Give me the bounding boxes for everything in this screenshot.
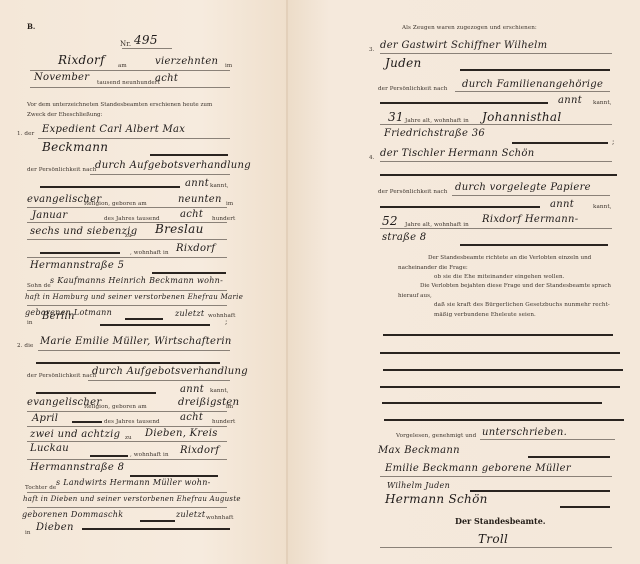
groom-parents-line1: s Kaufmanns Heinrich Beckmann wohn- bbox=[50, 276, 223, 285]
witness1-residence: Johannisthal bbox=[482, 110, 562, 124]
groom-known: annt bbox=[185, 178, 209, 189]
groom-residence: Rixdorf bbox=[176, 243, 215, 254]
groom-parents-in-label: in bbox=[27, 320, 33, 326]
bride-known-label: kannt, bbox=[210, 388, 229, 394]
witness1-known-label: kannt, bbox=[593, 100, 612, 106]
witness2-age: 52 bbox=[382, 214, 398, 228]
witness1-identity: durch Familienangehörige bbox=[462, 79, 603, 90]
witness2-known: annt bbox=[550, 199, 574, 210]
bride-birthplace-line2: Luckau bbox=[30, 443, 69, 454]
groom-birth-year-hundred: acht bbox=[180, 209, 203, 220]
bride-parents-residence-label: wohnhaft bbox=[206, 515, 233, 521]
groom-parents-residence: Berlin bbox=[42, 311, 75, 322]
record-number: 495 bbox=[134, 33, 158, 47]
registrar-signature: Troll bbox=[478, 532, 508, 546]
bride-birth-month: April bbox=[32, 413, 58, 424]
groom-name-line2: Beckmann bbox=[42, 140, 108, 154]
bride-hundred-label: hundert bbox=[212, 419, 235, 425]
approval-label: Vorgelesen, genehmigt und bbox=[396, 433, 476, 439]
groom-birth-month: Januar bbox=[32, 210, 67, 221]
groom-identity-label: der Persönlichkeit nach bbox=[27, 167, 96, 173]
bride-known: annt bbox=[180, 384, 204, 395]
groom-birth-day: neunten bbox=[178, 194, 222, 205]
bride-number: 2. die bbox=[17, 343, 33, 349]
groom-birth-im: im bbox=[226, 201, 233, 207]
place: Rixdorf bbox=[58, 53, 105, 67]
ceremony-text-4: daß sie kraft des Bürgerlichen Gesetzbuc… bbox=[434, 302, 610, 308]
day: vierzehnten bbox=[155, 56, 218, 67]
ceremony-text-3: Die Verlobten bejahten diese Frage und d… bbox=[398, 281, 613, 301]
bride-birthplace: Dieben, Kreis bbox=[145, 428, 218, 439]
witness1-identity-label: der Persönlichkeit nach bbox=[378, 86, 447, 92]
groom-identity: durch Aufgebotsverhandlung bbox=[95, 160, 251, 171]
bride-parents-label: Tochter de bbox=[25, 485, 56, 491]
witness1-name-line2: Juden bbox=[385, 56, 422, 70]
bride-birth-im: im bbox=[226, 404, 233, 410]
groom-birthplace: Breslau bbox=[155, 222, 204, 236]
form-letter: B. bbox=[27, 22, 35, 31]
signature-bride: Emilie Beckmann geborene Müller bbox=[385, 463, 571, 474]
witnesses-heading: Als Zeugen waren zugezogen und erschiene… bbox=[402, 25, 537, 31]
signature-witness2: Hermann Schön bbox=[385, 492, 488, 506]
date-label-am: am bbox=[118, 63, 127, 69]
bride-parents-line2: haft in Dieben und seiner verstorbenen E… bbox=[23, 495, 241, 503]
groom-parents-line2: haft in Hamburg und seiner verstorbenen … bbox=[25, 293, 243, 301]
witness2-identity-label: der Persönlichkeit nach bbox=[378, 189, 447, 195]
bride-residence-label: , wohnhaft in bbox=[130, 452, 169, 458]
groom-known-label: kannt, bbox=[210, 183, 229, 189]
groom-parents-status: zuletzt bbox=[175, 309, 204, 318]
intro-text: Vor dem unterzeichneten Standesbeamten e… bbox=[27, 100, 232, 120]
date-label-im: im bbox=[225, 63, 232, 69]
registrar-label: Der Standesbeamte. bbox=[455, 516, 546, 526]
groom-residence-label: , wohnhaft in bbox=[130, 250, 169, 256]
ceremony-text-5: mäßig verbundene Eheleute seien. bbox=[434, 312, 536, 318]
bride-parents-in-label: in bbox=[25, 530, 31, 536]
witness2-known-label: kannt, bbox=[593, 204, 612, 210]
witness2-name: der Tischler Hermann Schön bbox=[380, 148, 534, 159]
bride-parents-line1: s Landwirts Hermann Müller wohn- bbox=[56, 478, 211, 487]
page-fold bbox=[286, 0, 288, 564]
bride-identity-label: der Persönlichkeit nach bbox=[27, 373, 96, 379]
witness1-street: Friedrichstraße 36 bbox=[384, 128, 485, 139]
witness2-number: 4. bbox=[369, 155, 375, 161]
bride-birth-year-label: des Jahres tausend bbox=[104, 419, 160, 425]
groom-name-line1: Expedient Carl Albert Max bbox=[42, 124, 185, 135]
witness2-street: straße 8 bbox=[382, 232, 426, 243]
year-label: tausend neunhundert bbox=[97, 80, 160, 86]
ceremony-text-1: Der Standesbeamte richtete an die Verlob… bbox=[398, 253, 613, 273]
witness1-name-line1: der Gastwirt Schiffner Wilhelm bbox=[380, 40, 547, 51]
witness1-number: 3. bbox=[369, 47, 375, 53]
witness1-known: annt bbox=[558, 95, 582, 106]
groom-parents-label: Sohn de bbox=[27, 283, 51, 289]
bride-name: Marie Emilie Müller, Wirtschafterin bbox=[40, 336, 232, 347]
bride-birth-label: Religion, geboren am bbox=[84, 404, 147, 410]
signature-witness1: Wilhelm Juden bbox=[387, 481, 450, 490]
groom-number: 1. der bbox=[17, 131, 34, 137]
bride-residence: Rixdorf bbox=[180, 445, 219, 456]
witness2-identity: durch vorgelegte Papiere bbox=[455, 182, 591, 193]
witness1-age: 31 bbox=[388, 110, 404, 124]
approval-value: unterschrieben. bbox=[482, 427, 567, 438]
witness2-residence: Rixdorf Hermann- bbox=[482, 214, 578, 225]
groom-parents-residence-label: wohnhaft bbox=[208, 313, 235, 319]
year: acht bbox=[155, 73, 178, 84]
groom-street: Hermannstraße 5 bbox=[30, 260, 124, 271]
month: November bbox=[34, 72, 89, 83]
signature-groom: Max Beckmann bbox=[378, 445, 460, 456]
bride-birth-year-hundred: acht bbox=[180, 412, 203, 423]
semicolon-2: ; bbox=[612, 138, 614, 146]
bride-birth-year-rest: zwei und achtzig bbox=[30, 429, 120, 440]
bride-parents-status: zuletzt bbox=[176, 510, 205, 519]
record-number-label: Nr. bbox=[120, 40, 131, 48]
ceremony-text-2: ob sie die Ehe miteinander eingehen woll… bbox=[434, 274, 565, 280]
groom-birth-year-rest: sechs und siebenzig bbox=[30, 226, 137, 237]
bride-street: Hermannstraße 8 bbox=[30, 462, 124, 473]
semicolon: ; bbox=[225, 318, 227, 326]
bride-identity: durch Aufgebotsverhandlung bbox=[92, 366, 248, 377]
bride-parents-line3: geborenen Dommaschk bbox=[22, 510, 123, 519]
bride-parents-residence: Dieben bbox=[36, 522, 74, 533]
